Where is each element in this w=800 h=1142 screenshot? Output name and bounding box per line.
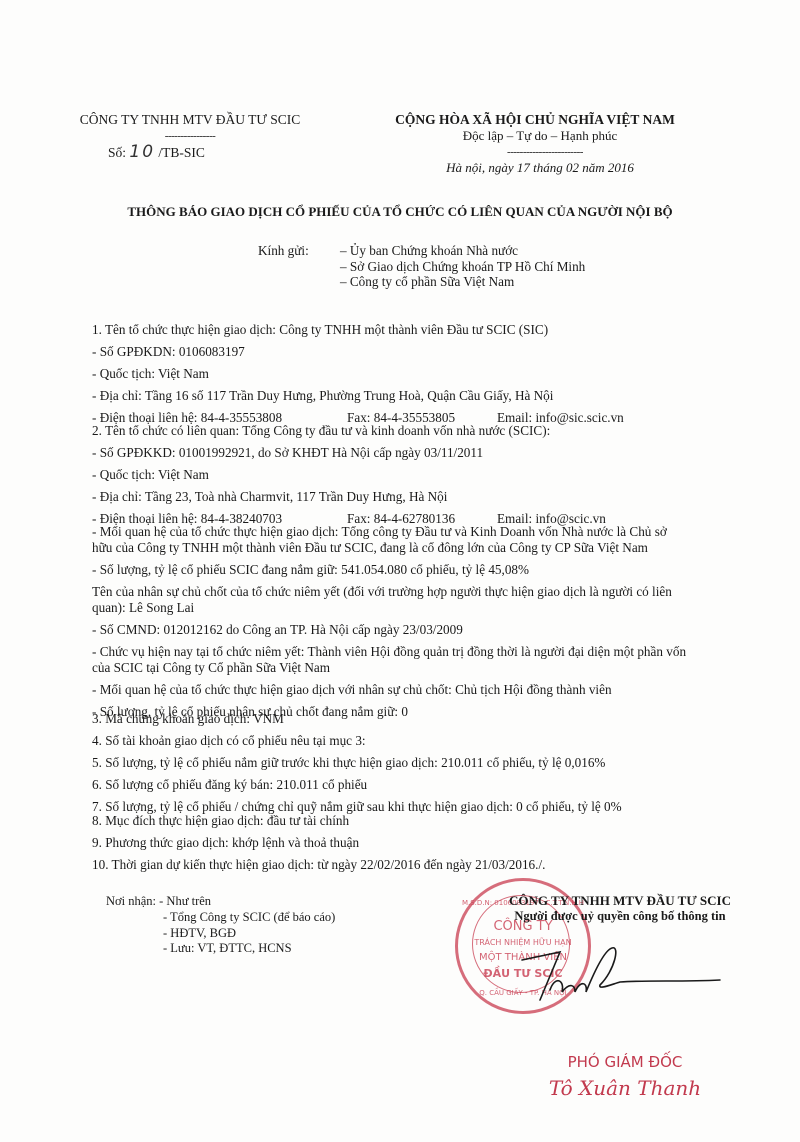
date-line: Hà nội, ngày 17 tháng 02 năm 2016 [340, 160, 740, 176]
section-3: 3. Mã chứng khoán giao dịch: VNM [92, 711, 752, 727]
recipient-item: – Ủy ban Chứng khoán Nhà nước [340, 243, 585, 259]
section-2-relation-line-2: hữu của Công ty TNHH một thành viên Đầu … [92, 540, 752, 556]
signer-organization: CÔNG TY TNHH MTV ĐẦU TƯ SCIC [470, 893, 770, 909]
company-divider: ---------------- [40, 132, 340, 140]
section-2-relation-line-1: - Mối quan hệ của tổ chức thực hiện giao… [92, 524, 752, 540]
national-motto: Độc lập – Tự do – Hạnh phúc [340, 128, 740, 144]
key-person-id: - Số CMND: 012012162 do Công an TP. Hà N… [92, 622, 752, 638]
key-person-line-2: quan): Lê Song Lai [92, 600, 752, 616]
signer-role: Người được uỷ quyền công bố thông tin [470, 909, 770, 924]
section-2-nationality: - Quốc tịch: Việt Nam [92, 467, 752, 483]
signer-name: Tô Xuân Thanh [510, 1076, 740, 1100]
signature [520, 930, 740, 1010]
motto-divider: ------------------------ [340, 148, 750, 156]
section-5: 5. Số lượng, tỷ lệ cổ phiếu nắm giữ trướ… [92, 755, 752, 771]
section-8: 8. Mục đích thực hiện giao dịch: đầu tư … [92, 813, 752, 829]
doc-number-suffix: /TB-SIC [158, 145, 205, 160]
key-person-line-1: Tên của nhân sự chủ chốt của tổ chức niê… [92, 584, 752, 600]
section-10: 10. Thời gian dự kiến thực hiện giao dịc… [92, 857, 752, 873]
section-2-title: 2. Tên tổ chức có liên quan: Tổng Công t… [92, 423, 752, 439]
document-title: THÔNG BÁO GIAO DỊCH CỔ PHIẾU CỦA TỔ CHỨC… [40, 204, 760, 220]
nation-title: CỘNG HÒA XÃ HỘI CHỦ NGHĨA VIỆT NAM [340, 112, 730, 128]
key-person-position-line-1: - Chức vụ hiện nay tại tổ chức niêm yết:… [92, 644, 752, 660]
section-6: 6. Số lượng cổ phiếu đăng ký bán: 210.01… [92, 777, 752, 793]
cc-item: - Lưu: VT, ĐTTC, HCNS [163, 941, 335, 957]
cc-item: - Như trên [159, 894, 211, 908]
section-9: 9. Phương thức giao dịch: khớp lệnh và t… [92, 835, 752, 851]
document-number: Số: 10 /TB-SIC [108, 142, 205, 162]
recipients-list: – Ủy ban Chứng khoán Nhà nước – Sở Giao … [340, 243, 585, 290]
key-person-position-line-2: của SCIC tại Công ty Cổ phần Sữa Việt Na… [92, 660, 752, 676]
section-4: 4. Số tài khoản giao dịch có cổ phiếu nê… [92, 733, 752, 749]
section-2-holding: - Số lượng, tỷ lệ cổ phiếu SCIC đang nắm… [92, 562, 752, 578]
company-name: CÔNG TY TNHH MTV ĐẦU TƯ SCIC [40, 112, 340, 128]
doc-number-handwritten: 10 [129, 142, 155, 162]
section-1-license: - Số GPĐKDN: 0106083197 [92, 344, 752, 360]
cc-block: Nơi nhận: - Như trên [106, 894, 211, 910]
section-2-license: - Số GPĐKKD: 01001992921, do Sở KHĐT Hà … [92, 445, 752, 461]
signer-title: PHÓ GIÁM ĐỐC [510, 1053, 740, 1071]
cc-list: - Tổng Công ty SCIC (để báo cáo) - HĐTV,… [163, 910, 335, 957]
doc-number-prefix: Số: [108, 145, 126, 160]
recipient-item: – Sở Giao dịch Chứng khoán TP Hồ Chí Min… [340, 259, 585, 275]
recipient-item: – Công ty cổ phần Sữa Việt Nam [340, 274, 585, 290]
cc-label: Nơi nhận: [106, 894, 156, 908]
cc-item: - HĐTV, BGĐ [163, 926, 335, 942]
section-1-title: 1. Tên tổ chức thực hiện giao dịch: Công… [92, 322, 752, 338]
recipients-label: Kính gửi: [258, 243, 309, 259]
cc-item: - Tổng Công ty SCIC (để báo cáo) [163, 910, 335, 926]
key-person-relation: - Mối quan hệ của tổ chức thực hiện giao… [92, 682, 752, 698]
section-1-nationality: - Quốc tịch: Việt Nam [92, 366, 752, 382]
section-2-address: - Địa chỉ: Tầng 23, Toà nhà Charmvit, 11… [92, 489, 752, 505]
section-1-address: - Địa chỉ: Tầng 16 số 117 Trần Duy Hưng,… [92, 388, 752, 404]
